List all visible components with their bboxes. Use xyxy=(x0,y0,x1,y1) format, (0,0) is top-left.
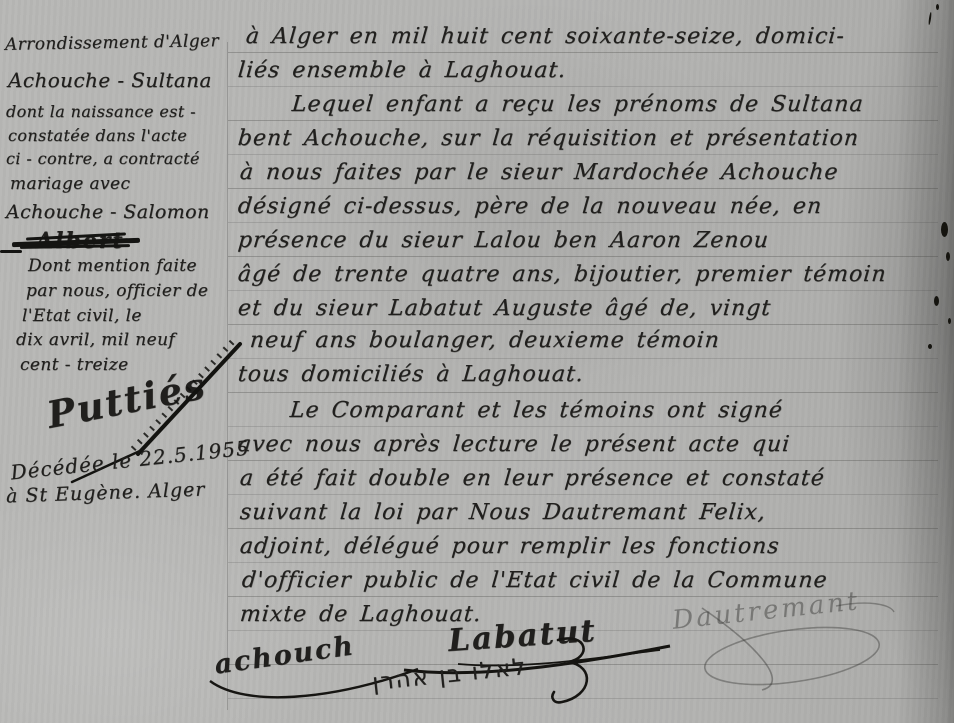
ruled-line xyxy=(228,562,938,563)
act-line: et du sieur Labatut Auguste âgé de, ving… xyxy=(237,296,772,321)
margin-note: mariage avec xyxy=(10,174,130,194)
ruled-line xyxy=(228,120,938,121)
act-line: désigné ci-dessus, père de la nouveau né… xyxy=(237,194,823,219)
act-line: présence du sieur Lalou ben Aaron Zenou xyxy=(237,228,770,253)
act-line: bent Achouche, sur la réquisition et pré… xyxy=(237,126,860,151)
ruled-line xyxy=(228,290,938,291)
act-line: liés ensemble à Laghouat. xyxy=(237,58,568,83)
scan-speck xyxy=(948,318,951,324)
ruled-line xyxy=(228,86,938,87)
act-line: d'officier public de l'Etat civil de la … xyxy=(241,568,829,593)
death-note-line: à St Eugène. Alger xyxy=(6,479,206,508)
scan-speck xyxy=(934,296,939,306)
civil-register-scan-page: Arrondissement d'Alger Achouche - Sultan… xyxy=(0,0,954,723)
leading-dash-mark xyxy=(0,250,22,253)
act-line: tous domiciliés à Laghouat. xyxy=(237,362,585,387)
act-line: neuf ans boulanger, deuxieme témoin xyxy=(249,328,721,353)
margin-note: Dont mention faite xyxy=(28,256,197,276)
margin-note: par nous, officier de xyxy=(26,281,208,301)
ruled-line xyxy=(228,392,938,393)
act-line: a été fait double en leur présence et co… xyxy=(239,466,826,491)
scan-speck xyxy=(928,344,932,349)
ruled-line xyxy=(228,52,938,53)
margin-note: cent - treize xyxy=(20,355,129,375)
ruled-line xyxy=(228,256,938,257)
margin-note: Achouche - Sultana xyxy=(8,68,212,92)
scan-speck xyxy=(941,222,948,237)
margin-note: ci - contre, a contracté xyxy=(6,149,200,168)
act-line: suivant la loi par Nous Dautremant Felix… xyxy=(239,500,767,525)
ruled-line xyxy=(228,222,938,223)
ruled-line xyxy=(228,154,938,155)
margin-note: constatée dans l'acte xyxy=(8,126,187,145)
scan-speck xyxy=(946,252,950,261)
ruled-line xyxy=(228,188,938,189)
margin-note: l'Etat civil, le xyxy=(22,306,142,326)
margin-note: Achouche - Salomon xyxy=(6,201,210,223)
ruled-line xyxy=(228,494,938,495)
act-line: à nous faites par le sieur Mardochée Ach… xyxy=(239,160,840,185)
margin-note: dont la naissance est - xyxy=(6,102,196,121)
act-line: Le Comparant et les témoins ont signé xyxy=(289,398,784,423)
struck-out-name: Albert xyxy=(12,226,162,260)
signature-officer-flourish xyxy=(640,600,900,695)
hebrew-signature-flourish xyxy=(548,632,600,710)
act-line: âgé de trente quatre ans, bijoutier, pre… xyxy=(237,262,888,287)
act-line: adjoint, délégué pour remplir les foncti… xyxy=(239,534,781,559)
margin-note: Arrondissement d'Alger xyxy=(5,31,219,55)
ruled-line xyxy=(228,358,938,359)
act-line: Lequel enfant a reçu les prénoms de Sult… xyxy=(291,92,865,117)
ruled-line xyxy=(228,528,938,529)
death-note-line: Décédée le 22.5.1955 xyxy=(9,436,250,485)
ruled-line xyxy=(228,460,938,461)
ruled-line xyxy=(228,426,938,427)
act-line: avec nous après lecture le présent acte … xyxy=(237,432,791,457)
scan-speck xyxy=(936,4,939,10)
act-line: à Alger en mil huit cent soixante-seize,… xyxy=(245,24,846,49)
scan-speck xyxy=(928,12,932,25)
ruled-line xyxy=(228,324,938,325)
